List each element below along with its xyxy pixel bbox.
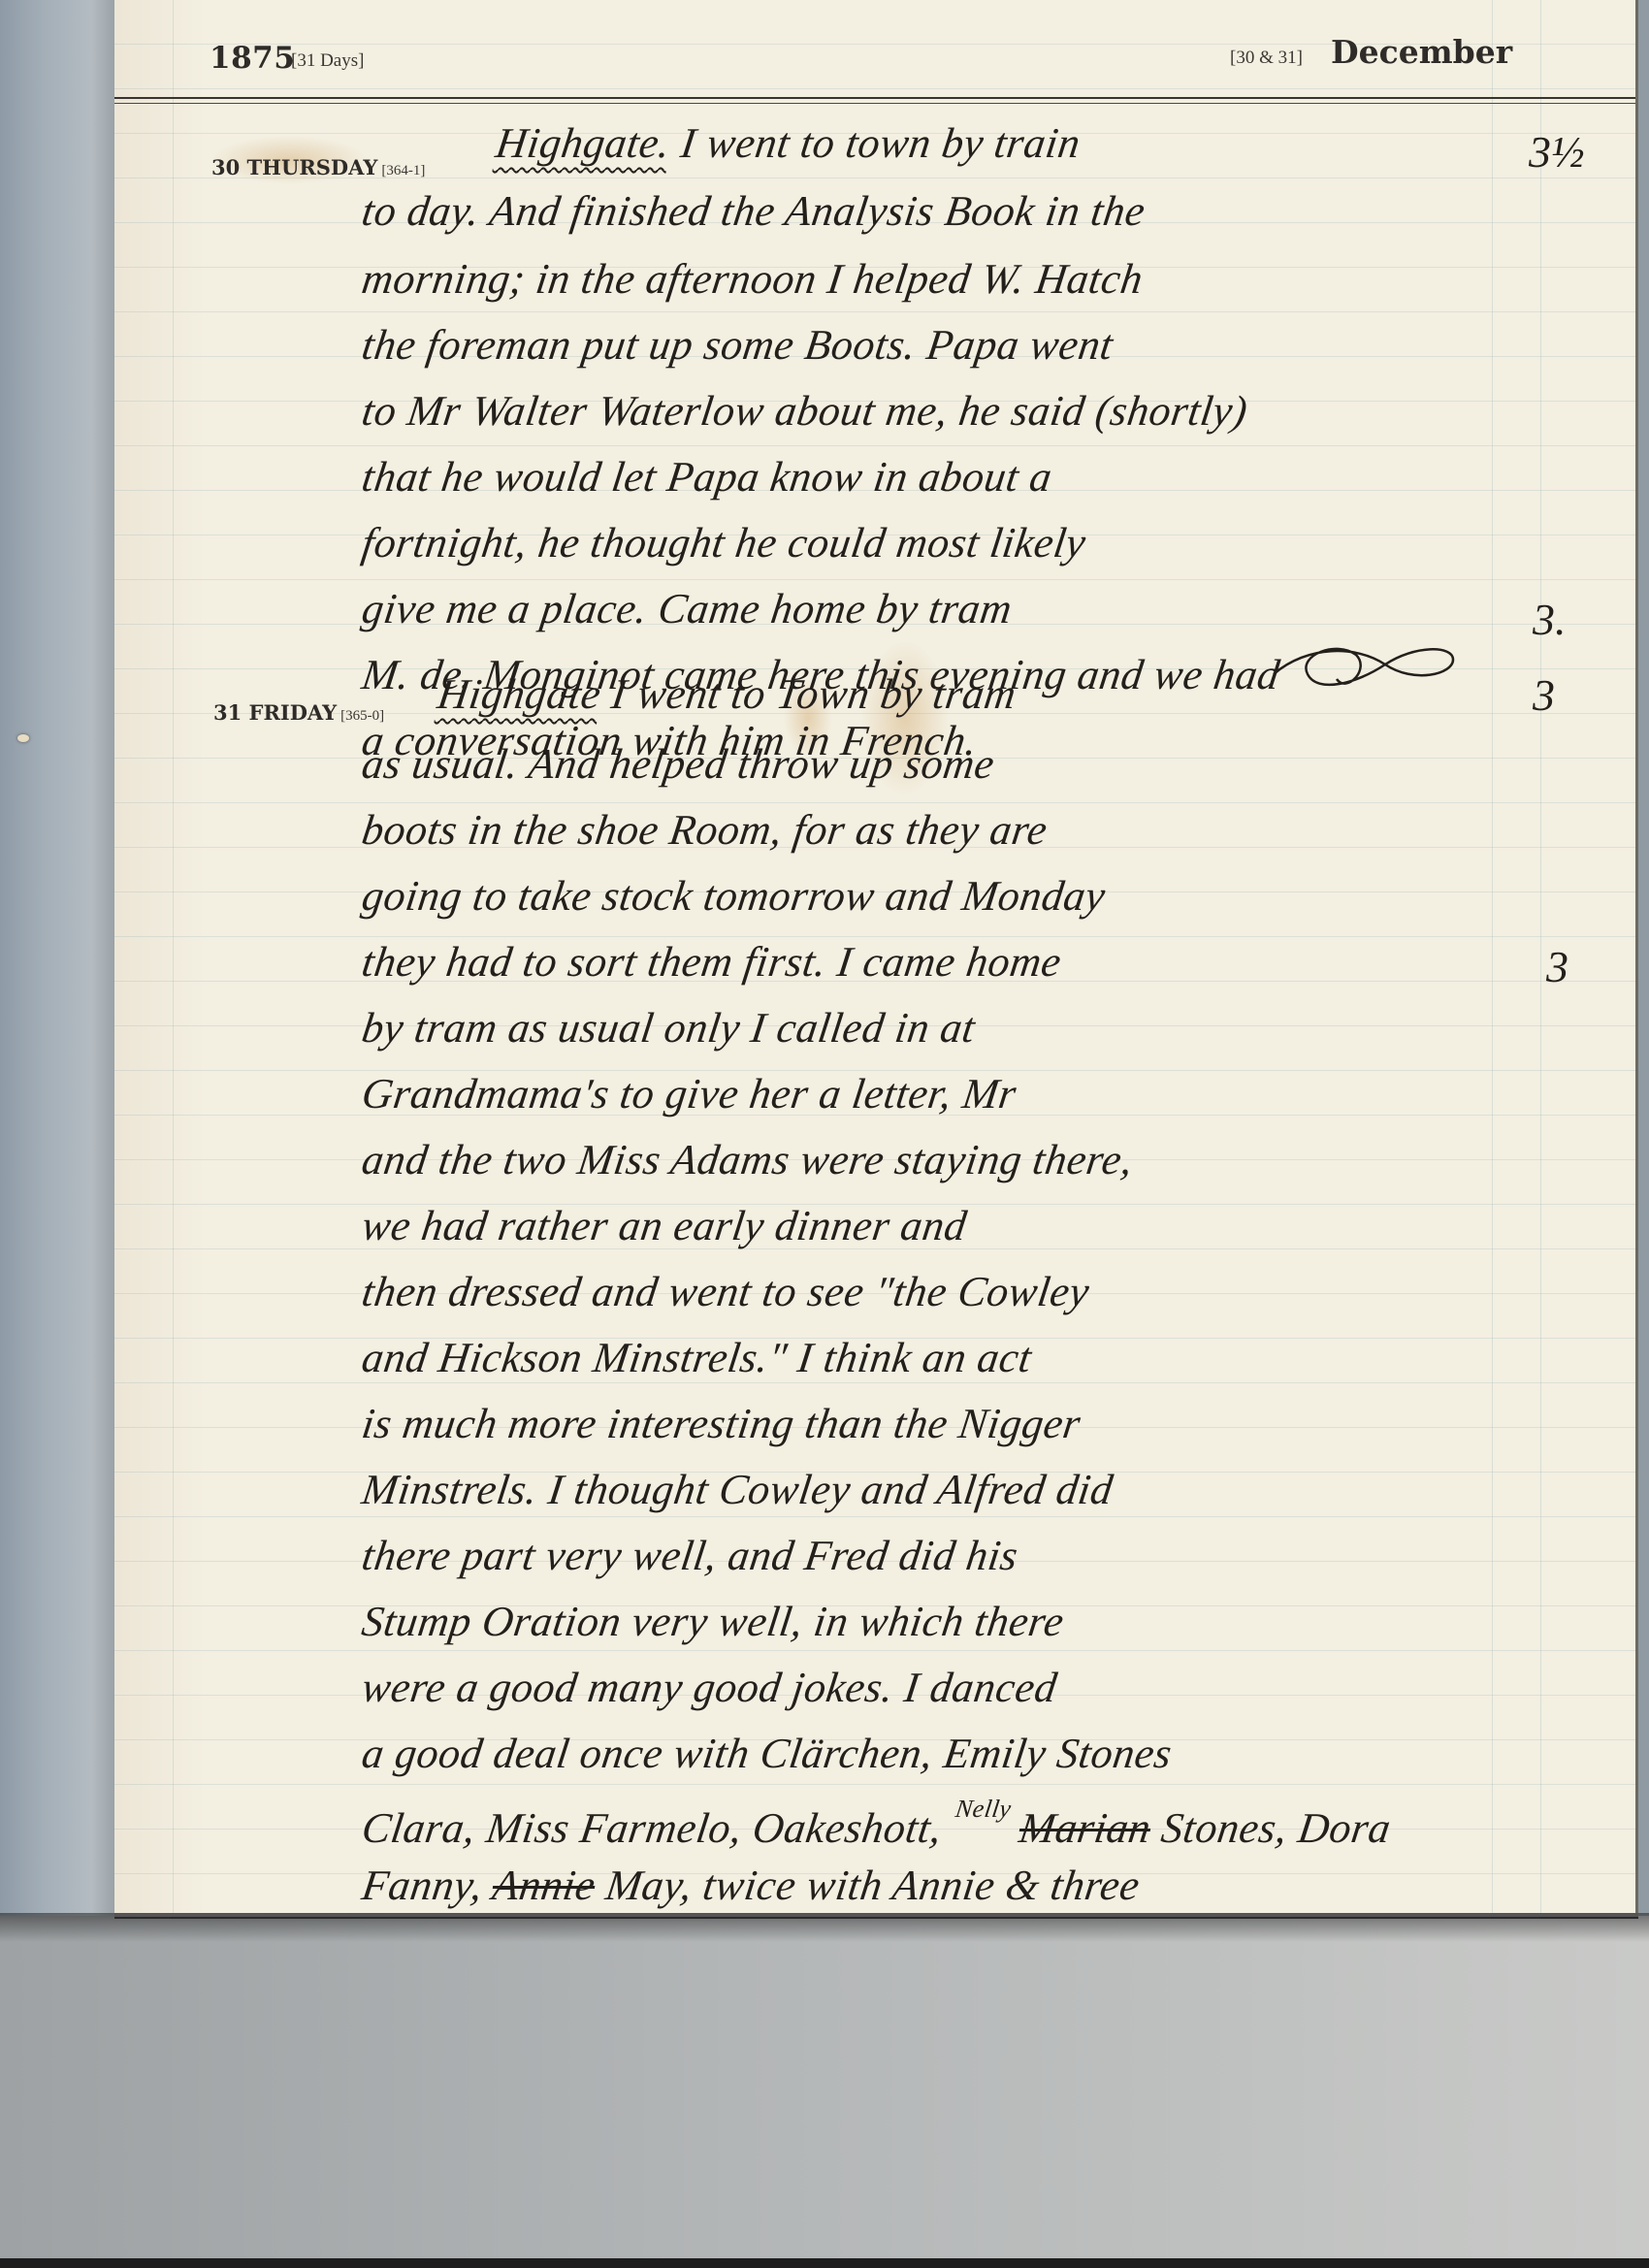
- entry-line: Fanny, Annie May, twice with Annie & thr…: [359, 1861, 1143, 1910]
- entry-line: that he would let Papa know in about a: [359, 452, 1055, 502]
- margin-hours: 3: [1533, 669, 1555, 721]
- margin-hours: 3½: [1529, 126, 1585, 178]
- entry-line: Highgate. I went to town by train: [493, 118, 1083, 168]
- place-name: Highgate.: [493, 119, 673, 167]
- diary-page: 1875 [31 Days] [30 & 31] December 30 THU…: [114, 0, 1638, 1913]
- entry-line: we had rather an early dinner and: [359, 1201, 970, 1250]
- entry-line: to Mr Walter Waterlow about me, he said …: [359, 386, 1250, 436]
- header-date-range: [30 & 31]: [1230, 48, 1303, 69]
- ending-flourish-icon: [1269, 635, 1463, 703]
- header-month: December: [1331, 33, 1512, 71]
- entry-line: give me a place. Came home by tram: [359, 584, 1016, 633]
- entry-line: fortnight, he thought he could most like…: [359, 518, 1089, 567]
- ruled-column-line: [1540, 0, 1541, 1913]
- cover-blemish: [17, 734, 29, 742]
- entry-line: boots in the shoe Room, for as they are: [359, 805, 1051, 855]
- entry-line: and Hickson Minstrels." I think an act: [359, 1333, 1035, 1382]
- entry-line: as usual. And helped throw up some: [359, 739, 997, 789]
- place-name: Highgate: [435, 670, 604, 718]
- entry-line: by tram as usual only I called in at: [359, 1003, 979, 1053]
- header-divider: [114, 103, 1635, 104]
- entry-line: is much more interesting than the Nigger: [359, 1399, 1083, 1448]
- entry-line: morning; in the afternoon I helped W. Ha…: [359, 254, 1147, 304]
- day-name: 31 FRIDAY: [213, 700, 337, 725]
- day-index: [364-1]: [381, 163, 425, 178]
- page-header: 1875 [31 Days] [30 & 31] December: [114, 0, 1635, 101]
- margin-hours: 3: [1546, 941, 1568, 992]
- margin-hours: 3.: [1533, 594, 1567, 645]
- entry-line: and the two Miss Adams were staying ther…: [359, 1135, 1136, 1184]
- header-year: 1875: [210, 41, 295, 76]
- struck-word: Annie: [490, 1862, 598, 1909]
- entry-line: there part very well, and Fred did his: [359, 1531, 1021, 1580]
- entry-line: were a good many good jokes. I danced: [359, 1663, 1060, 1712]
- page-shadow: [0, 1913, 1649, 1942]
- entry-line: Highgate I went to Town by tram: [435, 669, 1019, 719]
- struck-word: Marian: [1017, 1804, 1154, 1852]
- book-cover-board: [0, 0, 114, 1916]
- entry-line: Minstrels. I thought Cowley and Alfred d…: [359, 1465, 1116, 1514]
- entry-line: they had to sort them first. I came home: [359, 937, 1064, 987]
- day-name: 30 THURSDAY: [211, 155, 377, 179]
- entry-line: going to take stock tomorrow and Monday: [359, 871, 1109, 921]
- entry-line: a good deal once with Clärchen, Emily St…: [359, 1729, 1175, 1778]
- scanner-edge: [0, 2258, 1649, 2268]
- entry-line: then dressed and went to see "the Cowley: [359, 1267, 1092, 1316]
- scanner-background: [0, 1916, 1649, 2268]
- entry-line: Grandmama's to give her a letter, Mr: [359, 1069, 1019, 1118]
- day-label-31-friday: 31 FRIDAY[365-0]: [213, 700, 384, 725]
- day-index: [365-0]: [340, 708, 384, 724]
- day-label-30-thursday: 30 THURSDAY[364-1]: [211, 155, 425, 179]
- inserted-word: Nelly: [954, 1795, 1013, 1823]
- header-divider: [114, 97, 1635, 99]
- entry-line: Clara, Miss Farmelo, Oakeshott, Nelly Ma…: [359, 1795, 1395, 1853]
- entry-line: the foreman put up some Boots. Papa went: [359, 320, 1116, 370]
- entry-line: to day. And finished the Analysis Book i…: [359, 186, 1148, 236]
- header-days-count: [31 Days]: [291, 50, 364, 72]
- ruled-column-line: [1492, 0, 1493, 1913]
- ruled-column-line: [173, 0, 174, 1913]
- entry-line: Stump Oration very well, in which there: [359, 1597, 1067, 1646]
